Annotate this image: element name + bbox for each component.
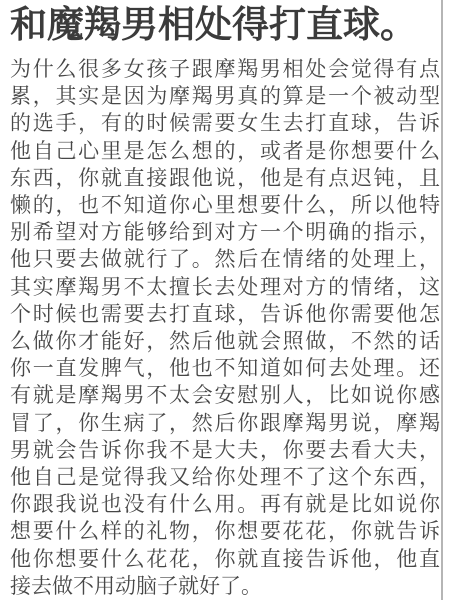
text-line: 他自己心里是怎么想的，或者是你想要什么	[10, 138, 440, 165]
text-line: 接去做不用动脑子就好了。	[10, 573, 440, 600]
text-line: 懒的，也不知道你心里想要什么，所以他特	[10, 192, 440, 219]
text-line: 你跟我说也没有什么用。再有就是比如说你	[10, 491, 440, 518]
text-line: 他只要去做就行了。然后在情绪的处理上，	[10, 246, 440, 273]
text-line: 么做你才能好，然后他就会照做，不然的话	[10, 328, 440, 355]
text-line: 个时候也需要去打直球，告诉他你需要他怎	[10, 301, 440, 328]
text-line: 累，其实是因为摩羯男真的算是一个被动型	[10, 83, 440, 110]
text-line: 他自己是觉得我又给你处理不了这个东西，	[10, 464, 440, 491]
article-body: 为什么很多女孩子跟摩羯男相处会觉得有点累，其实是因为摩羯男真的算是一个被动型的选…	[10, 56, 440, 600]
text-line: 别希望对方能够给到对方一个明确的指示，	[10, 219, 440, 246]
text-line: 想要什么样的礼物，你想要花花，你就告诉	[10, 518, 440, 545]
article-title: 和魔羯男相处得打直球。	[10, 0, 440, 48]
right-border-line	[441, 0, 443, 600]
article-page: 和魔羯男相处得打直球。 为什么很多女孩子跟摩羯男相处会觉得有点累，其实是因为摩羯…	[0, 0, 449, 600]
text-line: 东西，你就直接跟他说，他是有点迟钝，且	[10, 165, 440, 192]
text-line: 你一直发脾气，他也不知道如何去处理。还	[10, 355, 440, 382]
text-line: 男就会告诉你我不是大夫，你要去看大夫，	[10, 437, 440, 464]
text-line: 其实摩羯男不太擅长去处理对方的情绪，这	[10, 274, 440, 301]
text-line: 他你想要什么花花，你就直接告诉他，他直	[10, 546, 440, 573]
article-content: 和魔羯男相处得打直球。 为什么很多女孩子跟摩羯男相处会觉得有点累，其实是因为摩羯…	[10, 0, 440, 600]
text-line: 为什么很多女孩子跟摩羯男相处会觉得有点	[10, 56, 440, 83]
text-line: 冒了，你生病了，然后你跟摩羯男说，摩羯	[10, 410, 440, 437]
text-line: 有就是摩羯男不太会安慰别人，比如说你感	[10, 382, 440, 409]
text-line: 的选手，有的时候需要女生去打直球，告诉	[10, 110, 440, 137]
